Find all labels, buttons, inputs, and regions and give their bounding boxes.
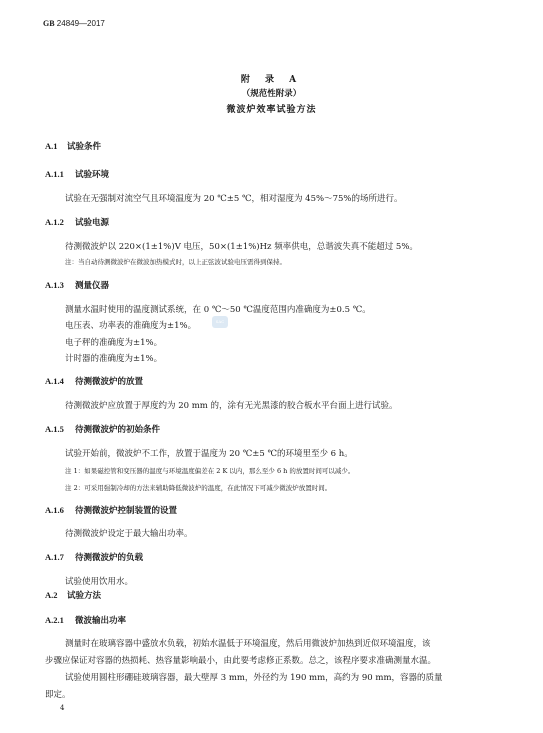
section-heading-a1-1: A.1.1试验环境 (45, 168, 109, 180)
paragraph-a2-1-line: 试验使用圆柱形硼硅玻璃容器，最大壁厚 3 mm，外径约为 190 mm，高约为 … (65, 671, 443, 683)
section-heading-a1-7: A.1.7待测微波炉的负载 (45, 551, 143, 563)
standard-number: 24849—2017 (57, 19, 105, 28)
paragraph-a1-6: 待测微波炉设定于最大输出功率。 (65, 527, 193, 539)
section-heading-a1: A.1试验条件 (45, 140, 101, 152)
note-1-a1-5: 注 1：如果磁控管和变压器的温度与环境温度偏差在 2 K 以内，那么至少 6 h… (65, 466, 354, 475)
note-2-a1-5: 注 2：可采用强制冷却的方法来辅助降低微波炉的温度，在此情况下可减少微波炉放置时… (65, 483, 331, 492)
paragraph-a1-4: 待测微波炉应放置于厚度约为 20 mm 的，涂有无光黑漆的胶合板水平台面上进行试… (65, 399, 398, 411)
instrument-line: 电压表、功率表的准确度为±1%。 (65, 319, 196, 331)
paragraph-a1-1: 试验在无强制对流空气且环境温度为 20 ℃±5 ℃，相对湿度为 45%～75%的… (65, 192, 402, 204)
watermark-logo: SAC (212, 316, 228, 328)
section-heading-a1-3: A.1.3测量仪器 (45, 279, 109, 291)
section-heading-a1-4: A.1.4待测微波炉的放置 (45, 375, 143, 387)
section-heading-a2-1: A.2.1微波输出功率 (45, 614, 126, 626)
note-a1-2: 注：当自动待测微波炉在微波加热模式时，以上正弦波试验电压需得到保持。 (65, 257, 286, 266)
section-heading-a1-5: A.1.5待测微波炉的初始条件 (45, 423, 160, 435)
annex-label: 附 录 A (0, 72, 543, 85)
annex-type: （规范性附录） (0, 87, 543, 99)
paragraph-a2-1-line: 步骤应保证对容器的热损耗、热容量影响最小，由此要考虑修正系数。总之，该程序要求准… (45, 654, 436, 666)
section-heading-a1-2: A.1.2试验电源 (45, 216, 109, 228)
paragraph-a2-1-line: 即定。 (45, 688, 71, 700)
instrument-line: 测量水温时使用的温度测试系统，在 0 ℃～50 ℃温度范围内准确度为±0.5 ℃… (65, 303, 371, 315)
section-heading-a1-6: A.1.6待测微波炉控制装置的设置 (45, 504, 177, 516)
instrument-line: 电子秤的准确度为±1%。 (65, 336, 162, 348)
standard-prefix: GB (43, 19, 55, 28)
section-heading-a2: A.2试验方法 (45, 589, 101, 601)
paragraph-a1-7: 试验使用饮用水。 (65, 575, 133, 587)
instrument-line: 计时器的准确度为±1%。 (65, 352, 162, 364)
annex-title: 微波炉效率试验方法 (0, 102, 543, 115)
page-number: 4 (60, 704, 64, 712)
paragraph-a2-1-line: 测量时在玻璃容器中盛放水负载，初始水温低于环境温度，然后用微波炉加热到近似环境温… (65, 637, 431, 649)
paragraph-a1-2: 待测微波炉以 220×(1±1%)V 电压，50×(1±1%)Hz 频率供电，总… (65, 240, 418, 252)
paragraph-a1-5: 试验开始前，微波炉不工作，放置于温度为 20 ℃±5 ℃的环境里至少 6 h。 (65, 447, 353, 459)
standard-header: GB 24849—2017 (43, 19, 105, 28)
